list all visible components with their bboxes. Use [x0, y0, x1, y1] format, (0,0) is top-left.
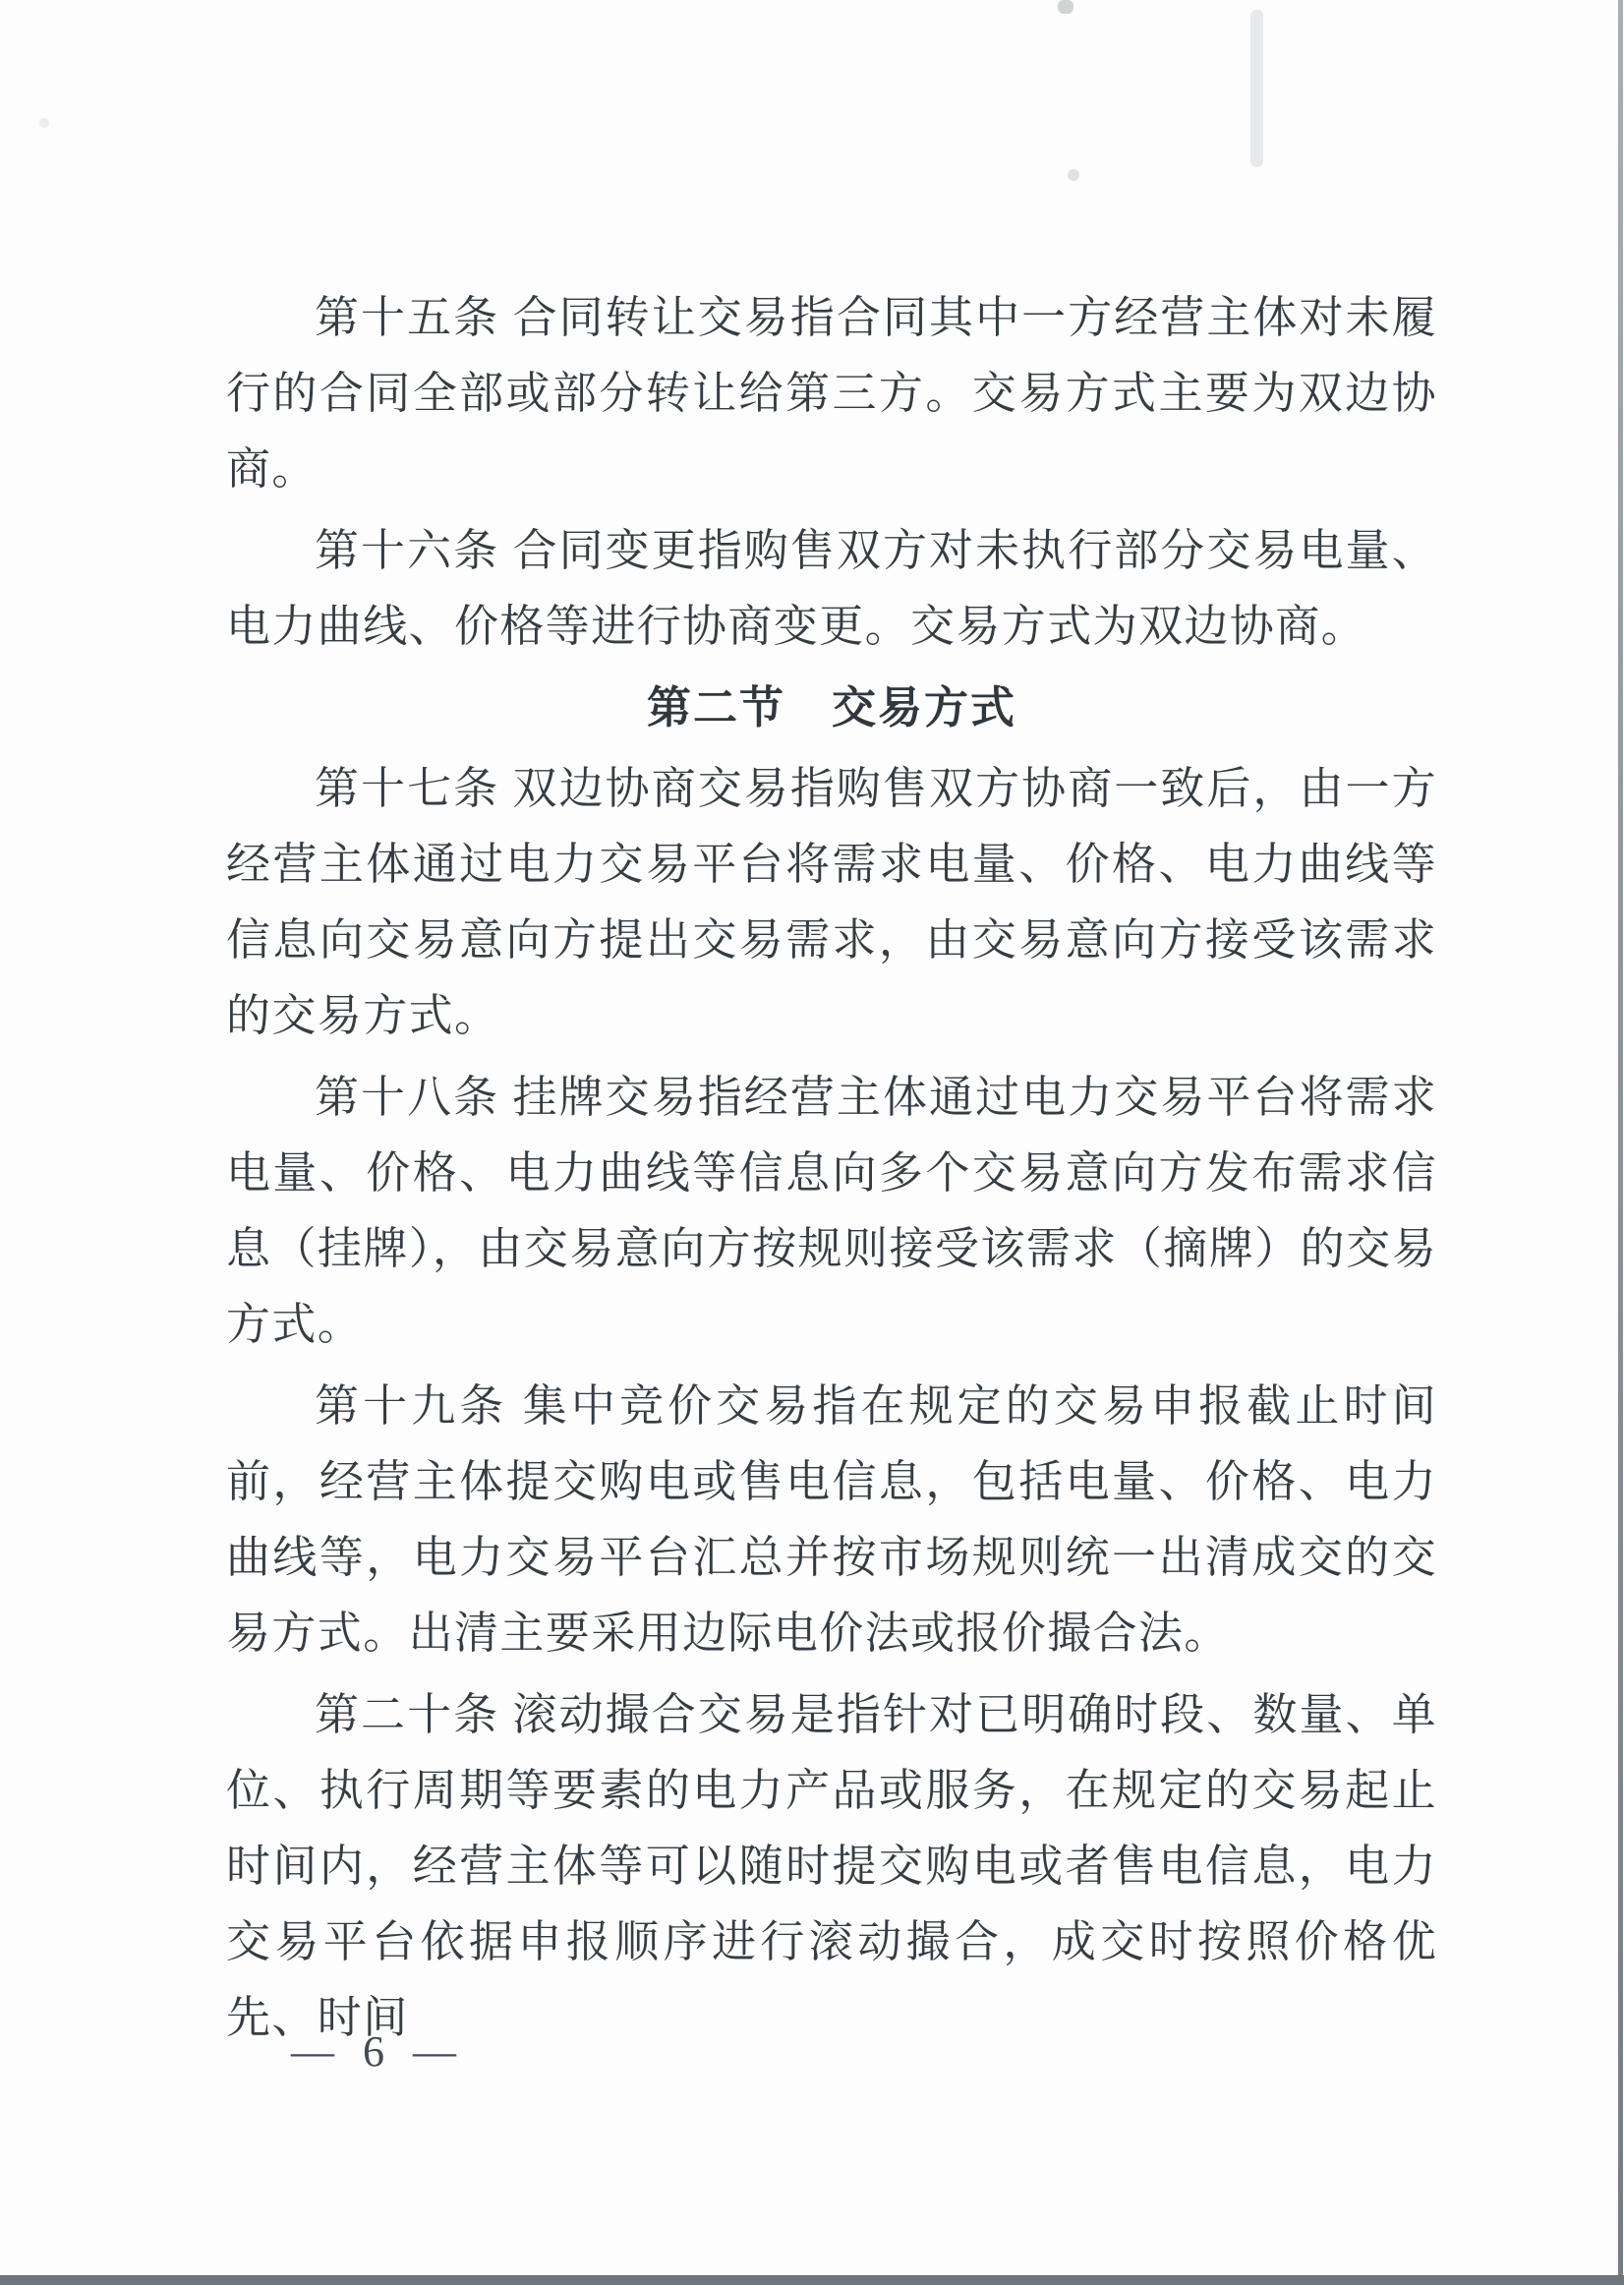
article-18-paragraph: 第十八条 挂牌交易指经营主体通过电力交易平台将需求电量、价格、电力曲线等信息向多…	[226, 1060, 1437, 1363]
article-16-paragraph: 第十六条 合同变更指购售双方对未执行部分交易电量、电力曲线、价格等进行协商变更。…	[226, 513, 1437, 665]
scan-smudge	[1058, 0, 1073, 14]
article-20-paragraph: 第二十条 滚动撮合交易是指针对已明确时段、数量、单位、执行周期等要素的电力产品或…	[226, 1677, 1437, 2056]
scan-smudge	[1250, 10, 1263, 167]
section-2-heading: 第二节 交易方式	[226, 671, 1437, 746]
article-19-paragraph: 第十九条 集中竞价交易指在规定的交易申报截止时间前，经营主体提交购电或售电信息，…	[226, 1369, 1437, 1671]
scan-smudge	[39, 118, 49, 128]
page-number-footer: — 6 —	[291, 2027, 465, 2077]
scan-right-edge-shadow	[1618, 0, 1623, 2285]
scan-bottom-edge-shadow	[0, 2275, 1624, 2285]
scan-smudge	[1068, 169, 1079, 181]
document-body: 第十五条 合同转让交易指合同其中一方经营主体对未履行的合同全部或部分转让给第三方…	[226, 280, 1437, 2056]
article-17-paragraph: 第十七条 双边协商交易指购售双方协商一致后，由一方经营主体通过电力交易平台将需求…	[226, 751, 1437, 1054]
scanned-document-page: 第十五条 合同转让交易指合同其中一方经营主体对未履行的合同全部或部分转让给第三方…	[0, 0, 1624, 2285]
article-15-paragraph: 第十五条 合同转让交易指合同其中一方经营主体对未履行的合同全部或部分转让给第三方…	[226, 280, 1437, 507]
